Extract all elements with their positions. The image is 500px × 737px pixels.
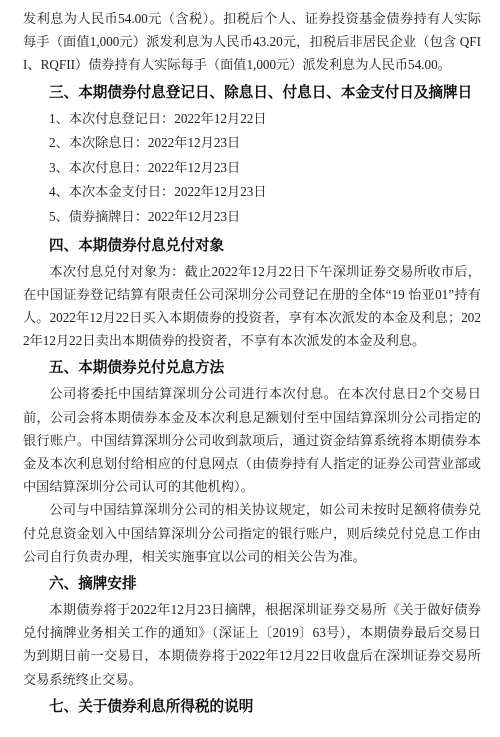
continuation-paragraph: 发利息为人民币54.00元（含税）。扣税后个人、证券投资基金债券持有人实际每手（… [23, 7, 481, 77]
section-heading-payment-targets: 四、本期债券付息兑付对象 [23, 234, 481, 258]
redemption-method-paragraph-1: 公司将委托中国结算深圳分公司进行本次付息。在本次付息日2个交易日前，公司会将本期… [23, 382, 481, 498]
section-heading-delisting-arrangement: 六、摘牌安排 [23, 572, 481, 596]
list-item-principal-payment-date: 4、本次本金支付日：2022年12月23日 [23, 180, 481, 205]
payment-date-list: 1、本次付息登记日：2022年12月22日 2、本次除息日：2022年12月23… [23, 107, 481, 230]
section-heading-interest-income-tax: 七、关于债券利息所得税的说明 [23, 695, 481, 719]
section-heading-redemption-method: 五、本期债券兑付兑息方法 [23, 356, 481, 380]
section-heading-payment-dates: 三、本期债券付息登记日、除息日、付息日、本金支付日及摘牌日 [23, 81, 481, 105]
list-item-delisting-date: 5、债券摘牌日：2022年12月23日 [23, 205, 481, 230]
announcement-document-page: 发利息为人民币54.00元（含税）。扣税后个人、证券投资基金债券持有人实际每手（… [0, 0, 500, 737]
list-item-ex-interest-date: 2、本次除息日：2022年12月23日 [23, 131, 481, 156]
list-item-registration-date: 1、本次付息登记日：2022年12月22日 [23, 107, 481, 132]
redemption-method-paragraph-2: 公司与中国结算深圳分公司的相关协议规定，如公司未按时足额将债券兑付兑息资金划入中… [23, 498, 481, 568]
payment-targets-paragraph: 本次付息兑付对象为：截止2022年12月22日下午深圳证券交易所收市后，在中国证… [23, 260, 481, 353]
delisting-arrangement-paragraph: 本期债券将于2022年12月23日摘牌，根据深圳证券交易所《关于做好债券兑付摘牌… [23, 598, 481, 691]
list-item-interest-payment-date: 3、本次付息日：2022年12月23日 [23, 156, 481, 181]
